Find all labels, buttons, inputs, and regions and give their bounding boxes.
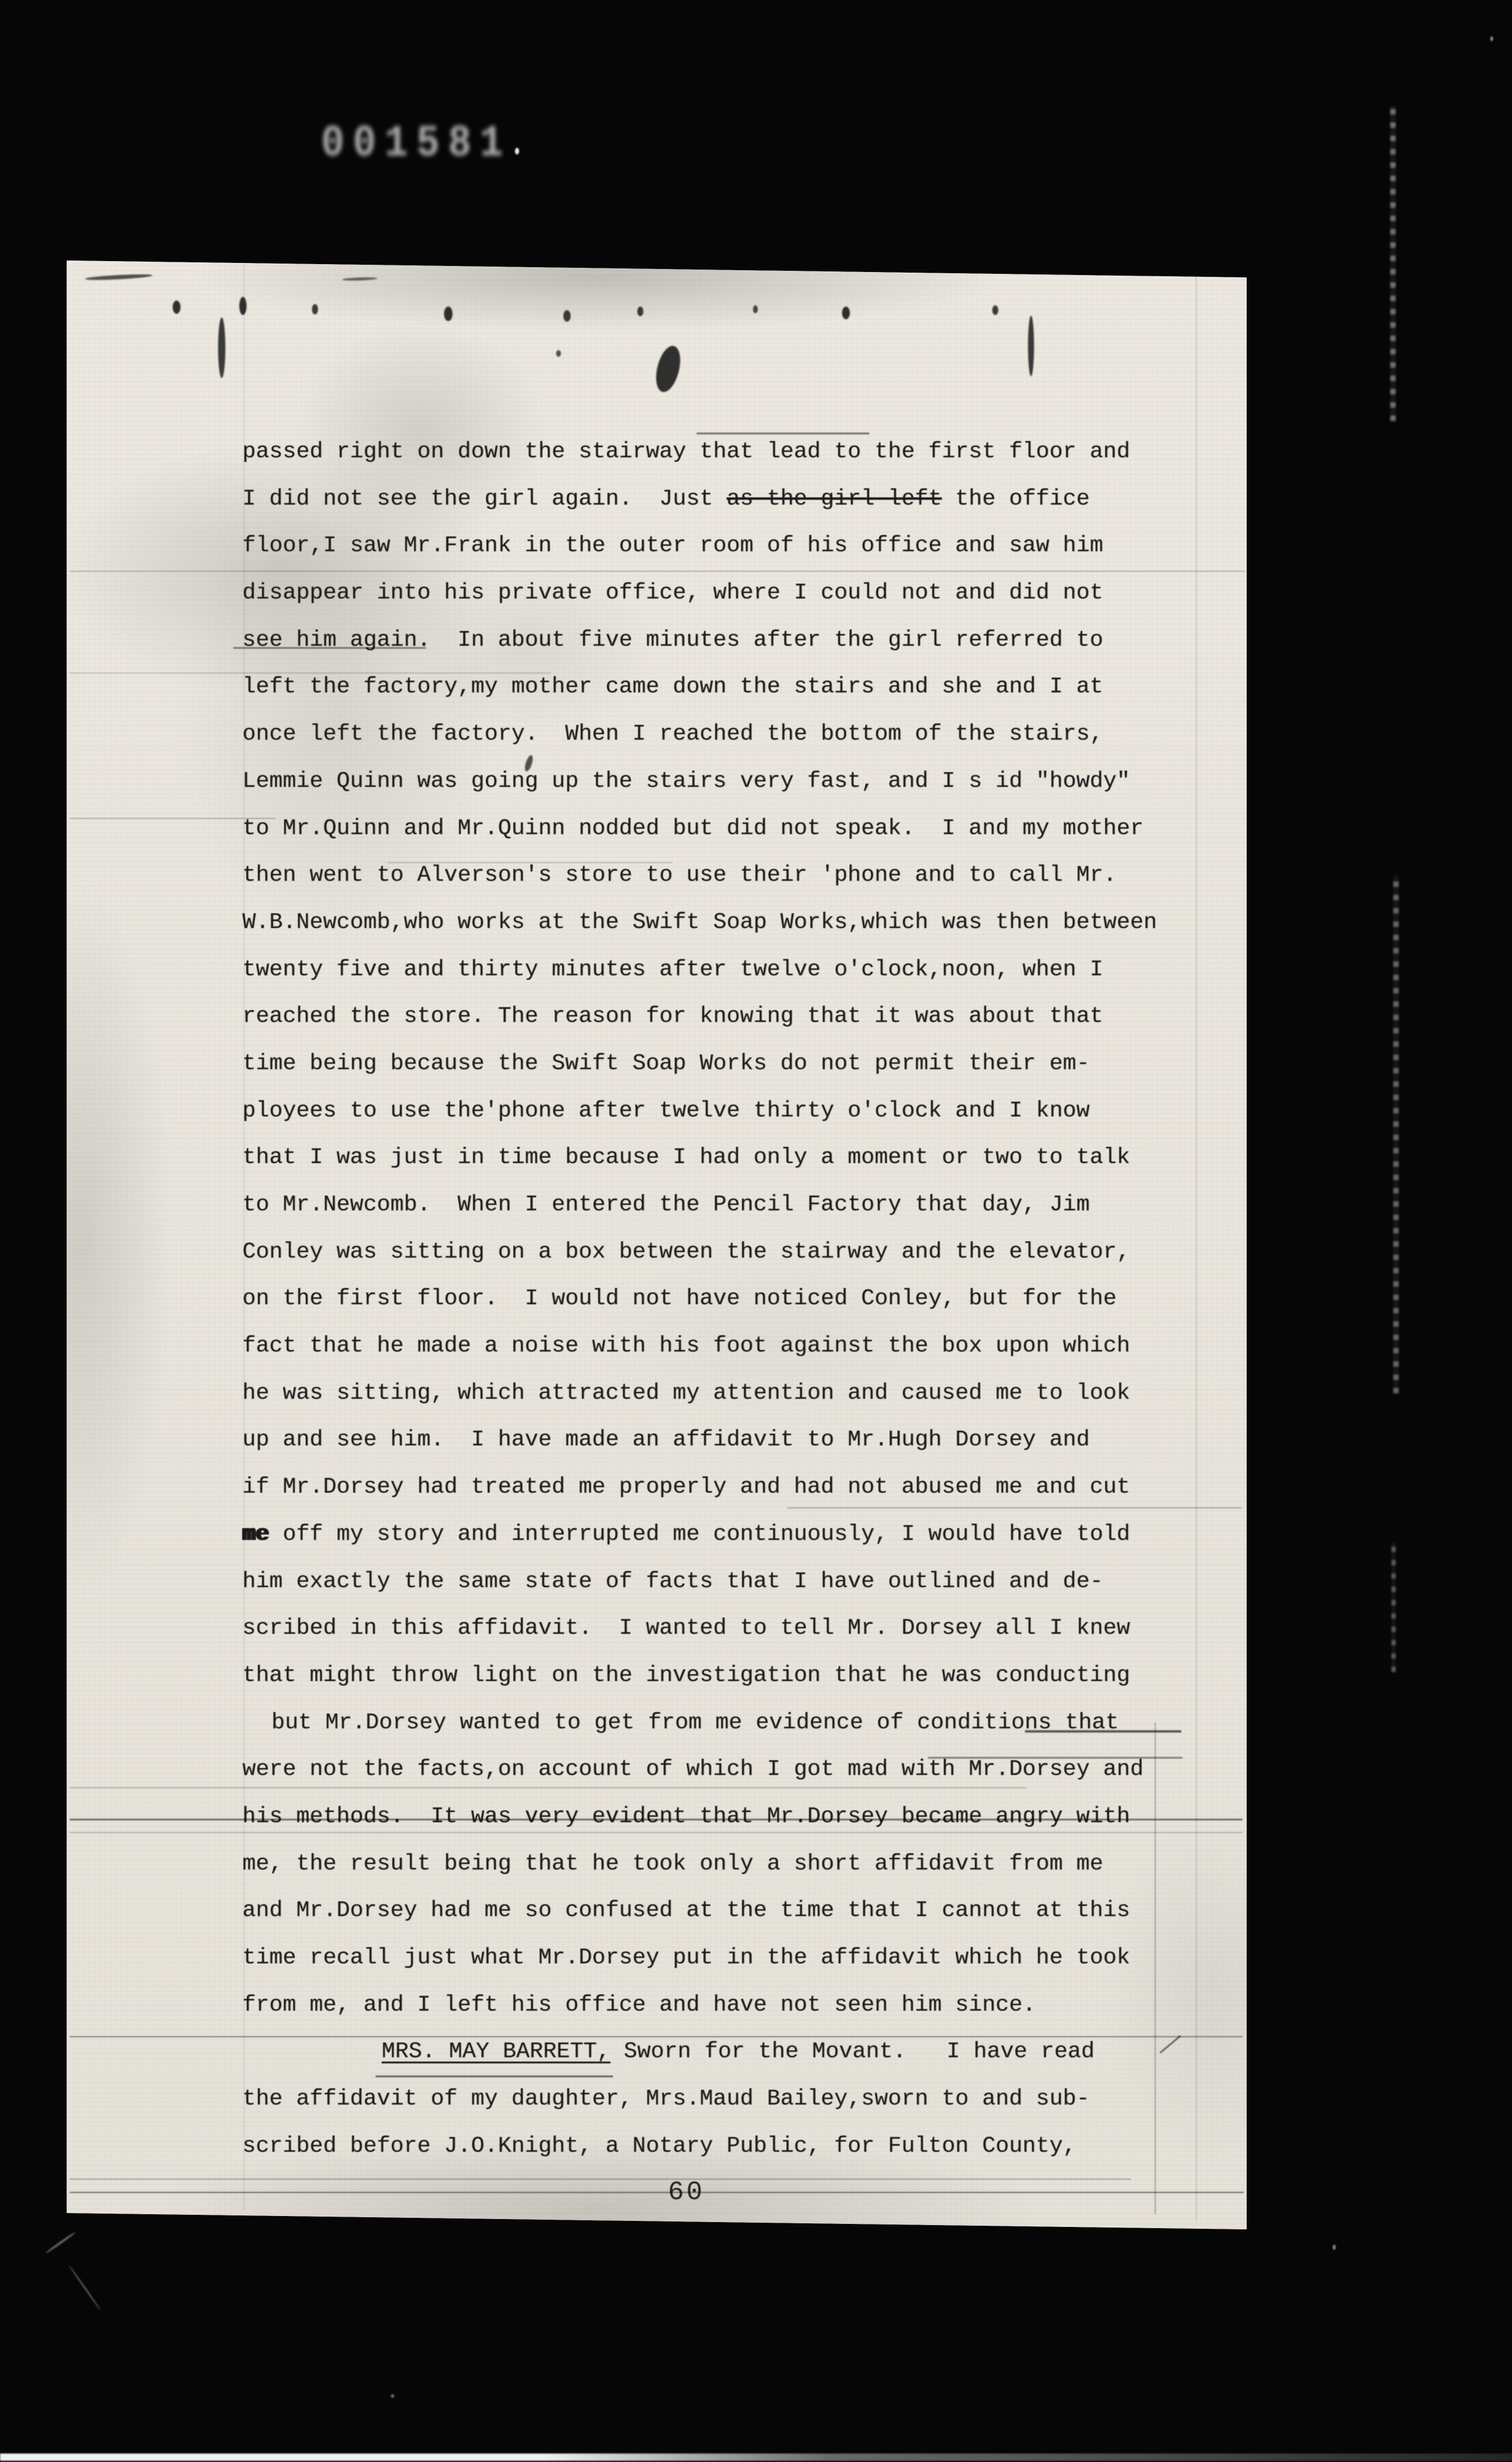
text-line: up and see him. I have made an affidavit…	[242, 1417, 1169, 1464]
scan-line	[70, 672, 551, 674]
text-segment: but Mr.Dorsey wanted to get from me evid…	[271, 1710, 1119, 1736]
film-edge-strip	[0, 2454, 1512, 2461]
text-segment: and Mr.Dorsey had me so confused at the …	[242, 1898, 1130, 1923]
scan-line	[928, 1757, 1182, 1759]
text-segment: MRS. MAY BARRETT,	[382, 2039, 610, 2065]
scan-line	[787, 1507, 1242, 1508]
ink-blob	[992, 305, 998, 315]
text-segment: the office	[942, 486, 1090, 512]
text-line: him exactly the same state of facts that…	[242, 1559, 1169, 1606]
text-line: he was sitting, which attracted my atten…	[242, 1370, 1169, 1418]
text-segment: passed right on down the stairway that l…	[242, 439, 1130, 465]
text-segment: me, the result being that he took only a…	[242, 1851, 1103, 1877]
text-line: to Mr.Quinn and Mr.Quinn nodded but did …	[242, 806, 1169, 853]
text-segment: up and see him. I have made an affidavit…	[242, 1427, 1090, 1453]
text-segment: his methods. It was very evident that Mr…	[242, 1804, 1130, 1830]
film-scratch	[1393, 875, 1399, 1393]
text-segment: as the girl left	[726, 486, 941, 512]
text-line: fact that he made a noise with his foot …	[242, 1323, 1169, 1370]
text-line: me, the result being that he took only a…	[242, 1841, 1169, 1888]
ink-blob	[85, 273, 153, 281]
text-line: reached the store. The reason for knowin…	[242, 994, 1169, 1041]
text-segment: time recall just what Mr.Dorsey put in t…	[242, 1945, 1130, 1971]
text-segment: off my story and interrupted me continuo…	[269, 1522, 1130, 1547]
margin-rule	[244, 262, 245, 2210]
text-line: then went to Alverson's store to use the…	[242, 852, 1169, 900]
scan-line	[70, 2036, 1242, 2037]
text-segment: that I was just in time because I had on…	[242, 1145, 1130, 1170]
text-segment: to Mr.Newcomb. When I entered the Pencil…	[242, 1192, 1090, 1218]
scan-line	[233, 647, 426, 649]
text-line: time recall just what Mr.Dorsey put in t…	[242, 1935, 1169, 1982]
text-line: that I was just in time because I had on…	[242, 1135, 1169, 1182]
ink-blob	[842, 307, 850, 319]
text-line: his methods. It was very evident that Mr…	[242, 1794, 1169, 1841]
text-line: on the first floor. I would not have not…	[242, 1276, 1169, 1323]
scan-line	[70, 2192, 1244, 2193]
white-speck	[1490, 36, 1493, 41]
text-segment: scribed before J.O.Knight, a Notary Publ…	[242, 2134, 1076, 2159]
scan-line	[388, 862, 672, 863]
text-line: once left the factory. When I reached th…	[242, 711, 1169, 758]
text-line: left the factory,my mother came down the…	[242, 664, 1169, 711]
text-line: that might throw light on the investigat…	[242, 1653, 1169, 1700]
text-segment: from me, and I left his office and have …	[242, 1992, 1036, 2018]
text-segment: that might throw light on the investigat…	[242, 1663, 1130, 1688]
film-scratch	[45, 2231, 76, 2254]
text-line: W.B.Newcomb,who works at the Swift Soap …	[242, 900, 1169, 947]
ink-blob	[173, 300, 181, 314]
text-segment: disappear into his private office, where…	[242, 580, 1103, 606]
scan-line	[70, 2178, 1131, 2180]
scan-line	[70, 818, 276, 819]
margin-rule	[1155, 1722, 1156, 2214]
document-page: passed right on down the stairway that l…	[67, 253, 1247, 2229]
white-speck	[1333, 2245, 1336, 2250]
ink-blob	[652, 343, 685, 394]
text-line: Lemmie Quinn was going up the stairs ver…	[242, 758, 1169, 806]
text-line: I did not see the girl again. Just as th…	[242, 476, 1169, 523]
text-segment: twenty five and thirty minutes after twe…	[242, 957, 1103, 983]
text-segment: floor,I saw Mr.Frank in the outer room o…	[242, 533, 1103, 559]
ink-blob	[239, 297, 247, 315]
film-scratch	[68, 2265, 101, 2311]
text-line: scribed in this affidavit. I wanted to t…	[242, 1605, 1169, 1653]
text-segment: reached the store. The reason for knowin…	[242, 1004, 1103, 1029]
ink-blob	[312, 304, 318, 314]
ink-blob	[1028, 316, 1034, 376]
text-segment: him exactly the same state of facts that…	[242, 1569, 1103, 1594]
text-line: but Mr.Dorsey wanted to get from me evid…	[242, 1700, 1169, 1747]
text-segment: see him again. In about five minutes aft…	[242, 628, 1103, 653]
scan-line	[376, 2075, 613, 2077]
white-speck	[391, 2394, 394, 2398]
text-segment: Lemmie Quinn was going up the stairs ver…	[242, 769, 1130, 794]
text-line: Conley was sitting on a box between the …	[242, 1229, 1169, 1276]
text-line: the affidavit of my daughter, Mrs.Maud B…	[242, 2076, 1169, 2123]
text-line: time being because the Swift Soap Works …	[242, 1041, 1169, 1088]
ink-blob	[444, 307, 453, 321]
text-line: scribed before J.O.Knight, a Notary Publ…	[242, 2123, 1169, 2171]
text-line: passed right on down the stairway that l…	[242, 429, 1169, 476]
scan-line	[1025, 1730, 1181, 1733]
ink-blob	[563, 310, 571, 322]
scan-line	[697, 433, 869, 434]
text-segment: he was sitting, which attracted my atten…	[242, 1381, 1130, 1406]
ink-blob	[556, 350, 561, 357]
text-line: disappear into his private office, where…	[242, 570, 1169, 617]
text-line: to Mr.Newcomb. When I entered the Pencil…	[242, 1182, 1169, 1229]
scan-line	[70, 571, 1245, 572]
film-scratch	[1391, 1542, 1396, 1672]
text-segment: ployees to use the'phone after twelve th…	[242, 1098, 1090, 1124]
film-scratch	[1390, 106, 1396, 421]
text-segment: I did not see the girl again. Just	[242, 486, 726, 512]
ink-blob	[637, 307, 643, 316]
page-stamp: 001581	[321, 119, 511, 170]
scan-line	[70, 1832, 1242, 1833]
white-speck	[515, 148, 519, 154]
text-segment: were not the facts,on account of which I…	[242, 1757, 1144, 1782]
text-segment: W.B.Newcomb,who works at the Swift Soap …	[242, 910, 1157, 935]
scan-line	[70, 1819, 1242, 1820]
text-line: from me, and I left his office and have …	[242, 1982, 1169, 2029]
text-segment: if Mr.Dorsey had treated me properly and…	[242, 1475, 1130, 1500]
text-segment: to Mr.Quinn and Mr.Quinn nodded but did …	[242, 816, 1144, 841]
text-line: twenty five and thirty minutes after twe…	[242, 947, 1169, 994]
text-segment: time being because the Swift Soap Works …	[242, 1051, 1090, 1077]
scan-line	[70, 1787, 1026, 1788]
text-line: floor,I saw Mr.Frank in the outer room o…	[242, 523, 1169, 570]
text-segment: Conley was sitting on a box between the …	[242, 1239, 1130, 1265]
text-line: me off my story and interrupted me conti…	[242, 1511, 1169, 1559]
text-segment: then went to Alverson's store to use the…	[242, 863, 1116, 888]
text-segment: once left the factory. When I reached th…	[242, 722, 1103, 747]
text-segment: me	[242, 1522, 269, 1547]
text-segment: scribed in this affidavit. I wanted to t…	[242, 1616, 1130, 1641]
ink-blob	[753, 305, 758, 313]
text-line: see him again. In about five minutes aft…	[242, 617, 1169, 665]
text-segment: left the factory,my mother came down the…	[242, 674, 1103, 700]
ink-blob	[218, 317, 225, 378]
text-segment: on the first floor. I would not have not…	[242, 1286, 1116, 1312]
text-line: ployees to use the'phone after twelve th…	[242, 1088, 1169, 1135]
text-segment: the affidavit of my daughter, Mrs.Maud B…	[242, 2086, 1090, 2112]
text-line: if Mr.Dorsey had treated me properly and…	[242, 1464, 1169, 1511]
ink-blob	[342, 277, 377, 281]
text-segment: fact that he made a noise with his foot …	[242, 1333, 1130, 1359]
affidavit-text: passed right on down the stairway that l…	[242, 429, 1169, 2170]
margin-rule	[1196, 265, 1197, 2221]
text-segment: Sworn for the Movant. I have read	[610, 2039, 1094, 2065]
scanned-document: 001581 passed right on down the stairway…	[0, 0, 1512, 2462]
text-line: and Mr.Dorsey had me so confused at the …	[242, 1888, 1169, 1935]
